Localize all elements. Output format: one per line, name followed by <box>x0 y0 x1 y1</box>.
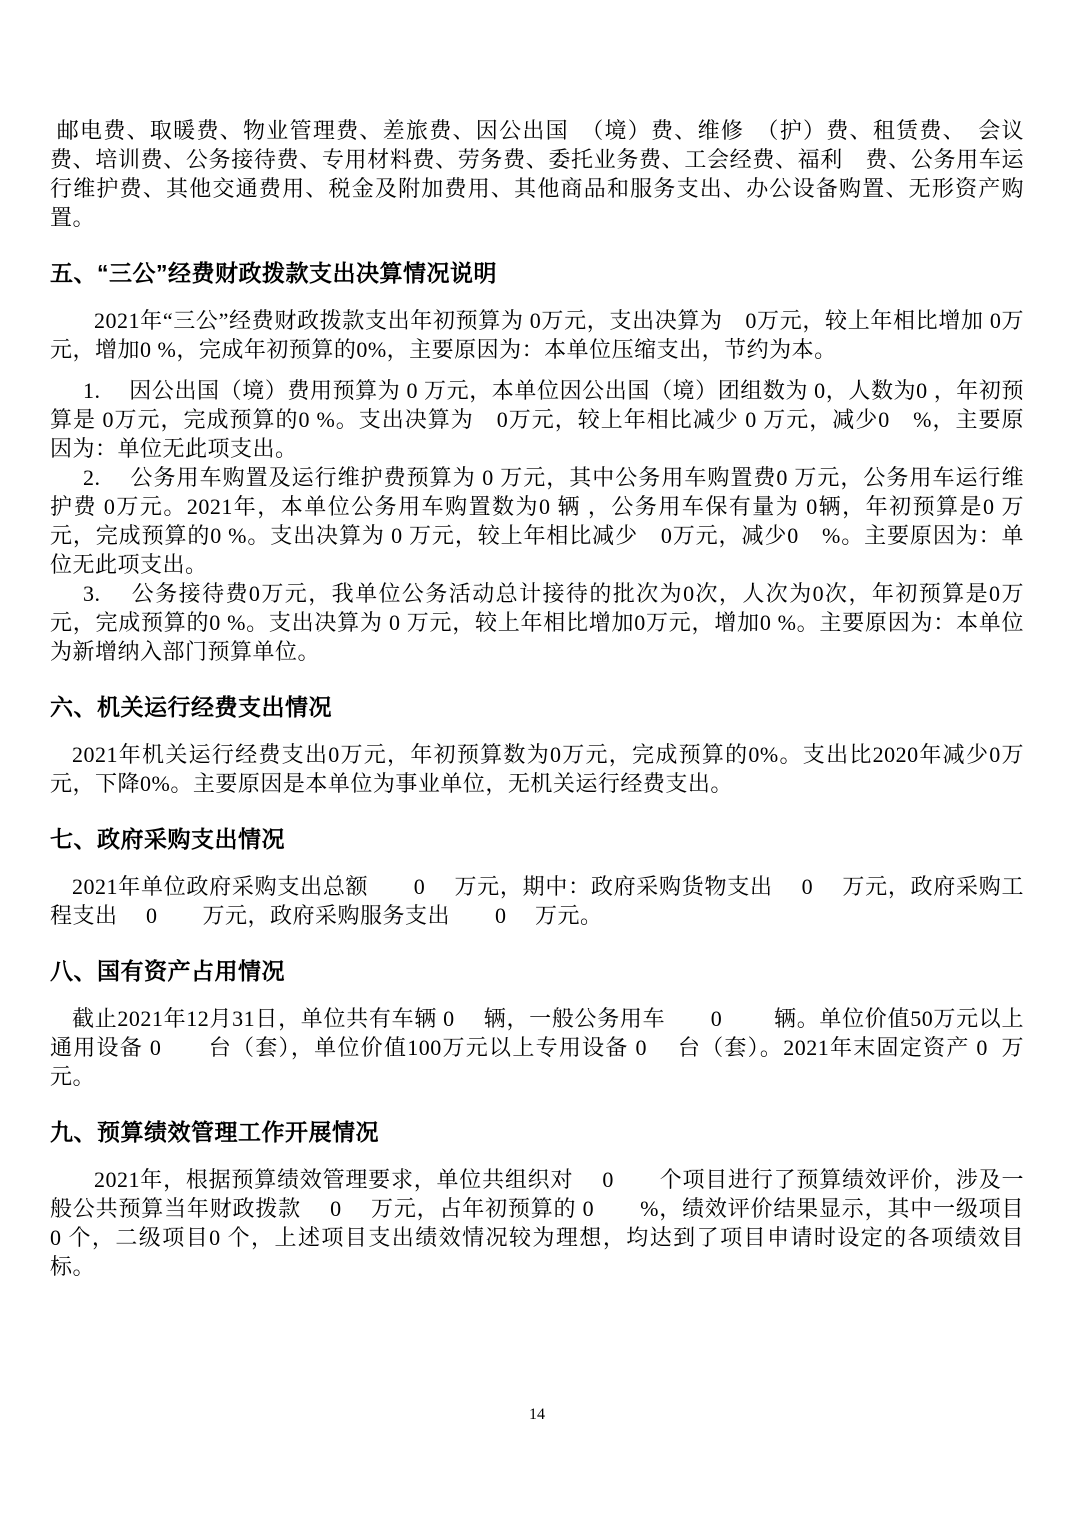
section-heading: 八、国有资产占用情况 <box>50 956 1024 986</box>
section-agency-operating-expenses: 六、机关运行经费支出情况 2021年机关运行经费支出0万元，年初预算数为0万元，… <box>50 692 1024 798</box>
section-three-public-expenses: 五、“三公”经费财政拨款支出决算情况说明 2021年“三公”经费财政拨款支出年初… <box>50 258 1024 666</box>
section-state-owned-assets: 八、国有资产占用情况 截止2021年12月31日，单位共有车辆 0 辆，一般公务… <box>50 956 1024 1091</box>
paragraph: 2021年单位政府采购支出总额 0 万元，期中：政府采购货物支出 0 万元，政府… <box>50 872 1024 930</box>
list-item-official-vehicles: 2. 公务用车购置及运行维护费预算为 0 万元，其中公务用车购置费0 万元，公务… <box>50 463 1024 579</box>
paragraph: 2021年“三公”经费财政拨款支出年初预算为 0万元，支出决算为 0万元，较上年… <box>50 306 1024 364</box>
section-government-procurement: 七、政府采购支出情况 2021年单位政府采购支出总额 0 万元，期中：政府采购货… <box>50 824 1024 930</box>
section-heading: 七、政府采购支出情况 <box>50 824 1024 854</box>
list-item-official-reception: 3. 公务接待费0万元，我单位公务活动总计接待的批次为0次，人次为0次，年初预算… <box>50 579 1024 666</box>
section-heading: 六、机关运行经费支出情况 <box>50 692 1024 722</box>
paragraph: 2021年机关运行经费支出0万元，年初预算数为0万元，完成预算的0%。支出比20… <box>50 740 1024 798</box>
section-budget-performance: 九、预算绩效管理工作开展情况 2021年，根据预算绩效管理要求，单位共组织对 0… <box>50 1117 1024 1281</box>
document-page: 邮电费、取暖费、物业管理费、差旅费、因公出国 （境）费、维修 （护）费、租赁费、… <box>0 0 1074 1520</box>
paragraph: 2021年，根据预算绩效管理要求，单位共组织对 0 个项目进行了预算绩效评价，涉… <box>50 1165 1024 1281</box>
carryover-paragraph: 邮电费、取暖费、物业管理费、差旅费、因公出国 （境）费、维修 （护）费、租赁费、… <box>50 116 1024 232</box>
section-heading: 五、“三公”经费财政拨款支出决算情况说明 <box>50 258 1024 288</box>
paragraph: 截止2021年12月31日，单位共有车辆 0 辆，一般公务用车 0 辆。单位价值… <box>50 1004 1024 1091</box>
list-item-overseas-trips: 1. 因公出国（境）费用预算为 0 万元，本单位因公出国（境）团组数为 0，人数… <box>50 376 1024 463</box>
section-heading: 九、预算绩效管理工作开展情况 <box>50 1117 1024 1147</box>
page-number: 14 <box>0 1405 1074 1425</box>
